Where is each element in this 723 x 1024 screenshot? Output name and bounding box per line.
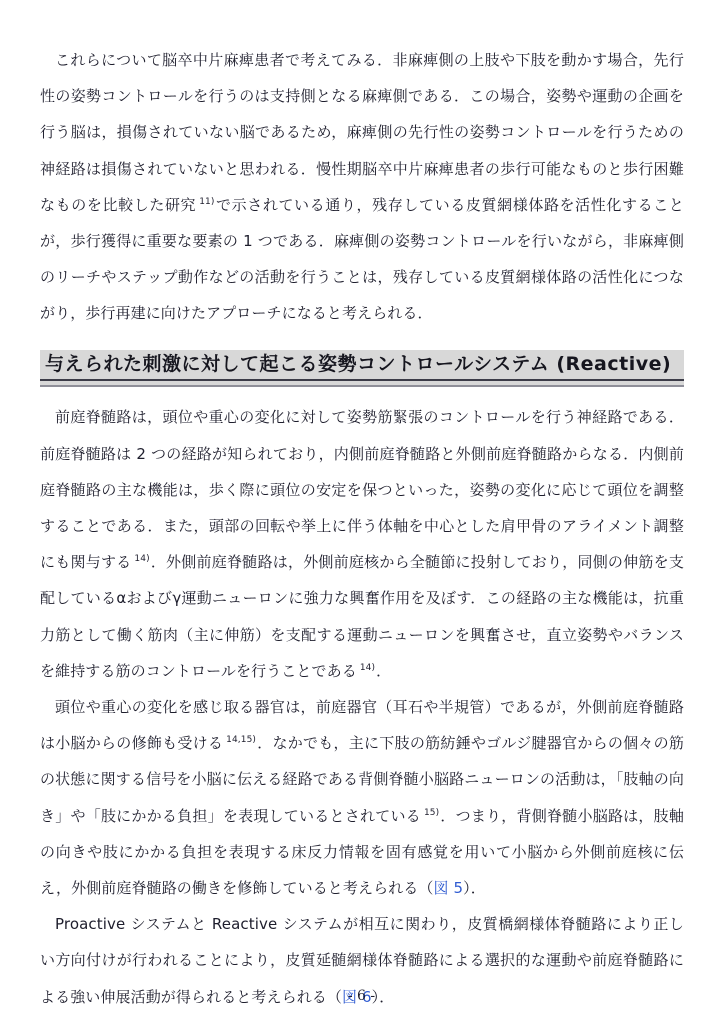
reference-superscript: 14) bbox=[360, 663, 375, 673]
reference-superscript: 14,15) bbox=[226, 735, 256, 745]
section-heading-text: 与えられた刺激に対して起こる姿勢コントロールシステム (Reactive) bbox=[40, 350, 684, 382]
body-text: で示されている通り，残存している皮質網様体路を活性化することが，歩行獲得に重要な… bbox=[40, 196, 684, 323]
reference-superscript: 11) bbox=[199, 197, 214, 207]
figure-link[interactable]: 図 5 bbox=[434, 879, 464, 897]
body-text: これらについて脳卒中片麻痺患者で考えてみる．非麻痺側の上肢や下肢を動かす場合，先… bbox=[40, 51, 684, 214]
body-text: ）． bbox=[463, 879, 486, 897]
reference-superscript: 15) bbox=[424, 808, 439, 818]
reference-superscript: 14) bbox=[134, 554, 149, 564]
page-number: - 6 - bbox=[0, 988, 723, 1004]
paragraph: これらについて脳卒中片麻痺患者で考えてみる．非麻痺側の上肢や下肢を動かす場合，先… bbox=[40, 42, 684, 332]
body-text: 前庭脊髄路は，頭位や重心の変化に対して姿勢筋緊張のコントロールを行う神経路である… bbox=[40, 408, 684, 571]
paragraph: 前庭脊髄路は，頭位や重心の変化に対して姿勢筋緊張のコントロールを行う神経路である… bbox=[40, 399, 684, 689]
paragraph: 頭位や重心の変化を感じ取る器官は，前庭器官（耳石や半規管）であるが，外側前庭脊髄… bbox=[40, 689, 684, 906]
document-body: これらについて脳卒中片麻痺患者で考えてみる．非麻痺側の上肢や下肢を動かす場合，先… bbox=[40, 42, 684, 1015]
section-heading: 与えられた刺激に対して起こる姿勢コントロールシステム (Reactive) bbox=[40, 350, 684, 388]
body-text: ．外側前庭脊髄路は，外側前庭核から全髄節に投射しており，同側の伸筋を支配している… bbox=[40, 553, 684, 680]
body-text: ． bbox=[376, 662, 391, 680]
document-page: これらについて脳卒中片麻痺患者で考えてみる．非麻痺側の上肢や下肢を動かす場合，先… bbox=[0, 0, 723, 1024]
